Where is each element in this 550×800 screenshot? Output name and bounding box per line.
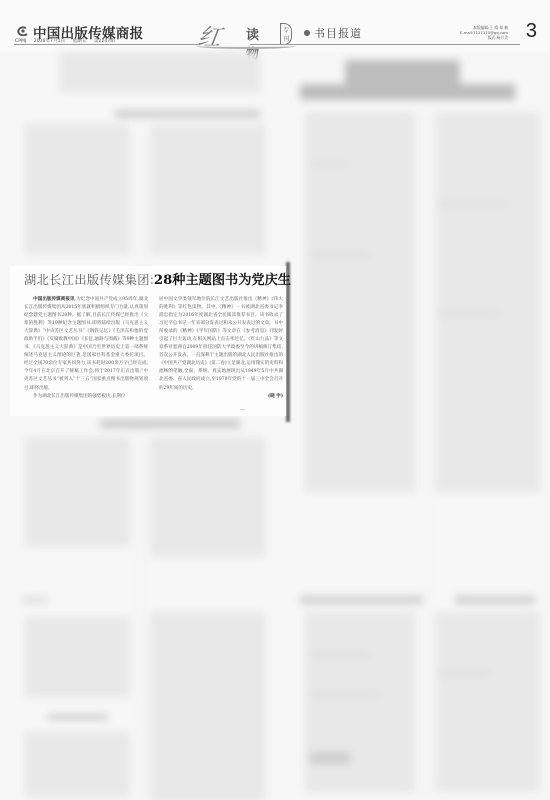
article-body-2: 居中国文学类领军地位的长江文艺出版社推出《精神》《伟大的胜利》等红色读物。其中,… <box>159 296 283 393</box>
article-byline: (晓 宇) <box>159 393 283 401</box>
featured-article: 湖北长江出版传媒集团:28种主题图书为党庆生 中国出版传媒商报讯 为纪念中国共产… <box>10 266 286 416</box>
blurred-column <box>150 437 265 557</box>
section-bullet-icon <box>304 30 310 36</box>
blurred-page-content <box>0 52 550 800</box>
headline-subtitle: 28种主题图书为党庆生 <box>154 273 291 288</box>
blurred-line <box>22 597 47 603</box>
blurred-column <box>305 612 415 792</box>
page-number: 3 <box>526 20 537 43</box>
blurred-headline <box>455 596 535 604</box>
blurred-column <box>25 437 130 547</box>
blurred-column <box>25 124 130 254</box>
editor-layout: 版式:杨月美 <box>460 35 508 40</box>
masthead: 中国出版传媒商报 CPMJ 2016年7月1日 星期五 第2247期 红色 读物… <box>0 0 550 52</box>
article-headline: 湖北长江出版传媒集团:28种主题图书为党庆生 <box>24 269 291 288</box>
editor-credits: 本版编辑:王 晴 郑 楠 E-mail:1127170@qq.com 版式:杨月… <box>460 25 508 40</box>
blurred-column <box>435 612 540 792</box>
brand-special-tag: 专刊 <box>280 23 292 45</box>
blurred-line <box>440 202 510 206</box>
blurred-block <box>60 52 260 92</box>
blurred-column <box>150 612 265 800</box>
section-title: 书目报道 <box>314 25 362 41</box>
blurred-headline <box>345 60 460 84</box>
blurred-headline <box>300 596 430 604</box>
blurred-column <box>305 112 415 492</box>
article-body-1: 为纪念中国共产党成立95周年,湖北长江出版传媒集团从2015年底就积极组织专门力… <box>24 297 148 391</box>
masthead-rule-left <box>14 44 199 45</box>
blurred-column <box>435 112 540 492</box>
blurred-headline <box>115 110 260 118</box>
article-dateline: 中国出版传媒商报讯 <box>33 297 75 302</box>
blurred-column <box>25 732 130 797</box>
blurred-line <box>440 312 500 316</box>
blurred-headline <box>300 84 515 100</box>
article-body-1-last: 作为湖北长江出版传媒集团的强势板块,长期位 <box>24 393 148 401</box>
blurred-column <box>25 617 130 697</box>
column-gutter <box>422 112 430 800</box>
masthead-rule-right <box>250 44 520 45</box>
article-column-1: 中国出版传媒商报讯 为纪念中国共产党成立95周年,湖北长江出版传媒集团从2015… <box>24 296 148 401</box>
blurred-line <box>310 692 380 696</box>
blurred-line <box>310 652 370 656</box>
column-gutter <box>137 122 145 800</box>
blurred-column <box>150 124 265 254</box>
blurred-line <box>310 162 350 166</box>
headline-publisher: 湖北长江出版传媒集团 <box>24 273 150 287</box>
blurred-line <box>310 752 350 764</box>
print-artifact-icon: ⁓ <box>240 407 245 413</box>
newspaper-logo-icon <box>16 26 30 36</box>
blurred-line <box>310 252 370 256</box>
blurred-headline <box>48 714 108 720</box>
article-column-2: 居中国文学类领军地位的长江文艺出版社推出《精神》《伟大的胜利》等红色读物。其中,… <box>159 296 283 401</box>
article-bottom-shadow <box>100 420 240 428</box>
blurred-line <box>440 672 490 676</box>
